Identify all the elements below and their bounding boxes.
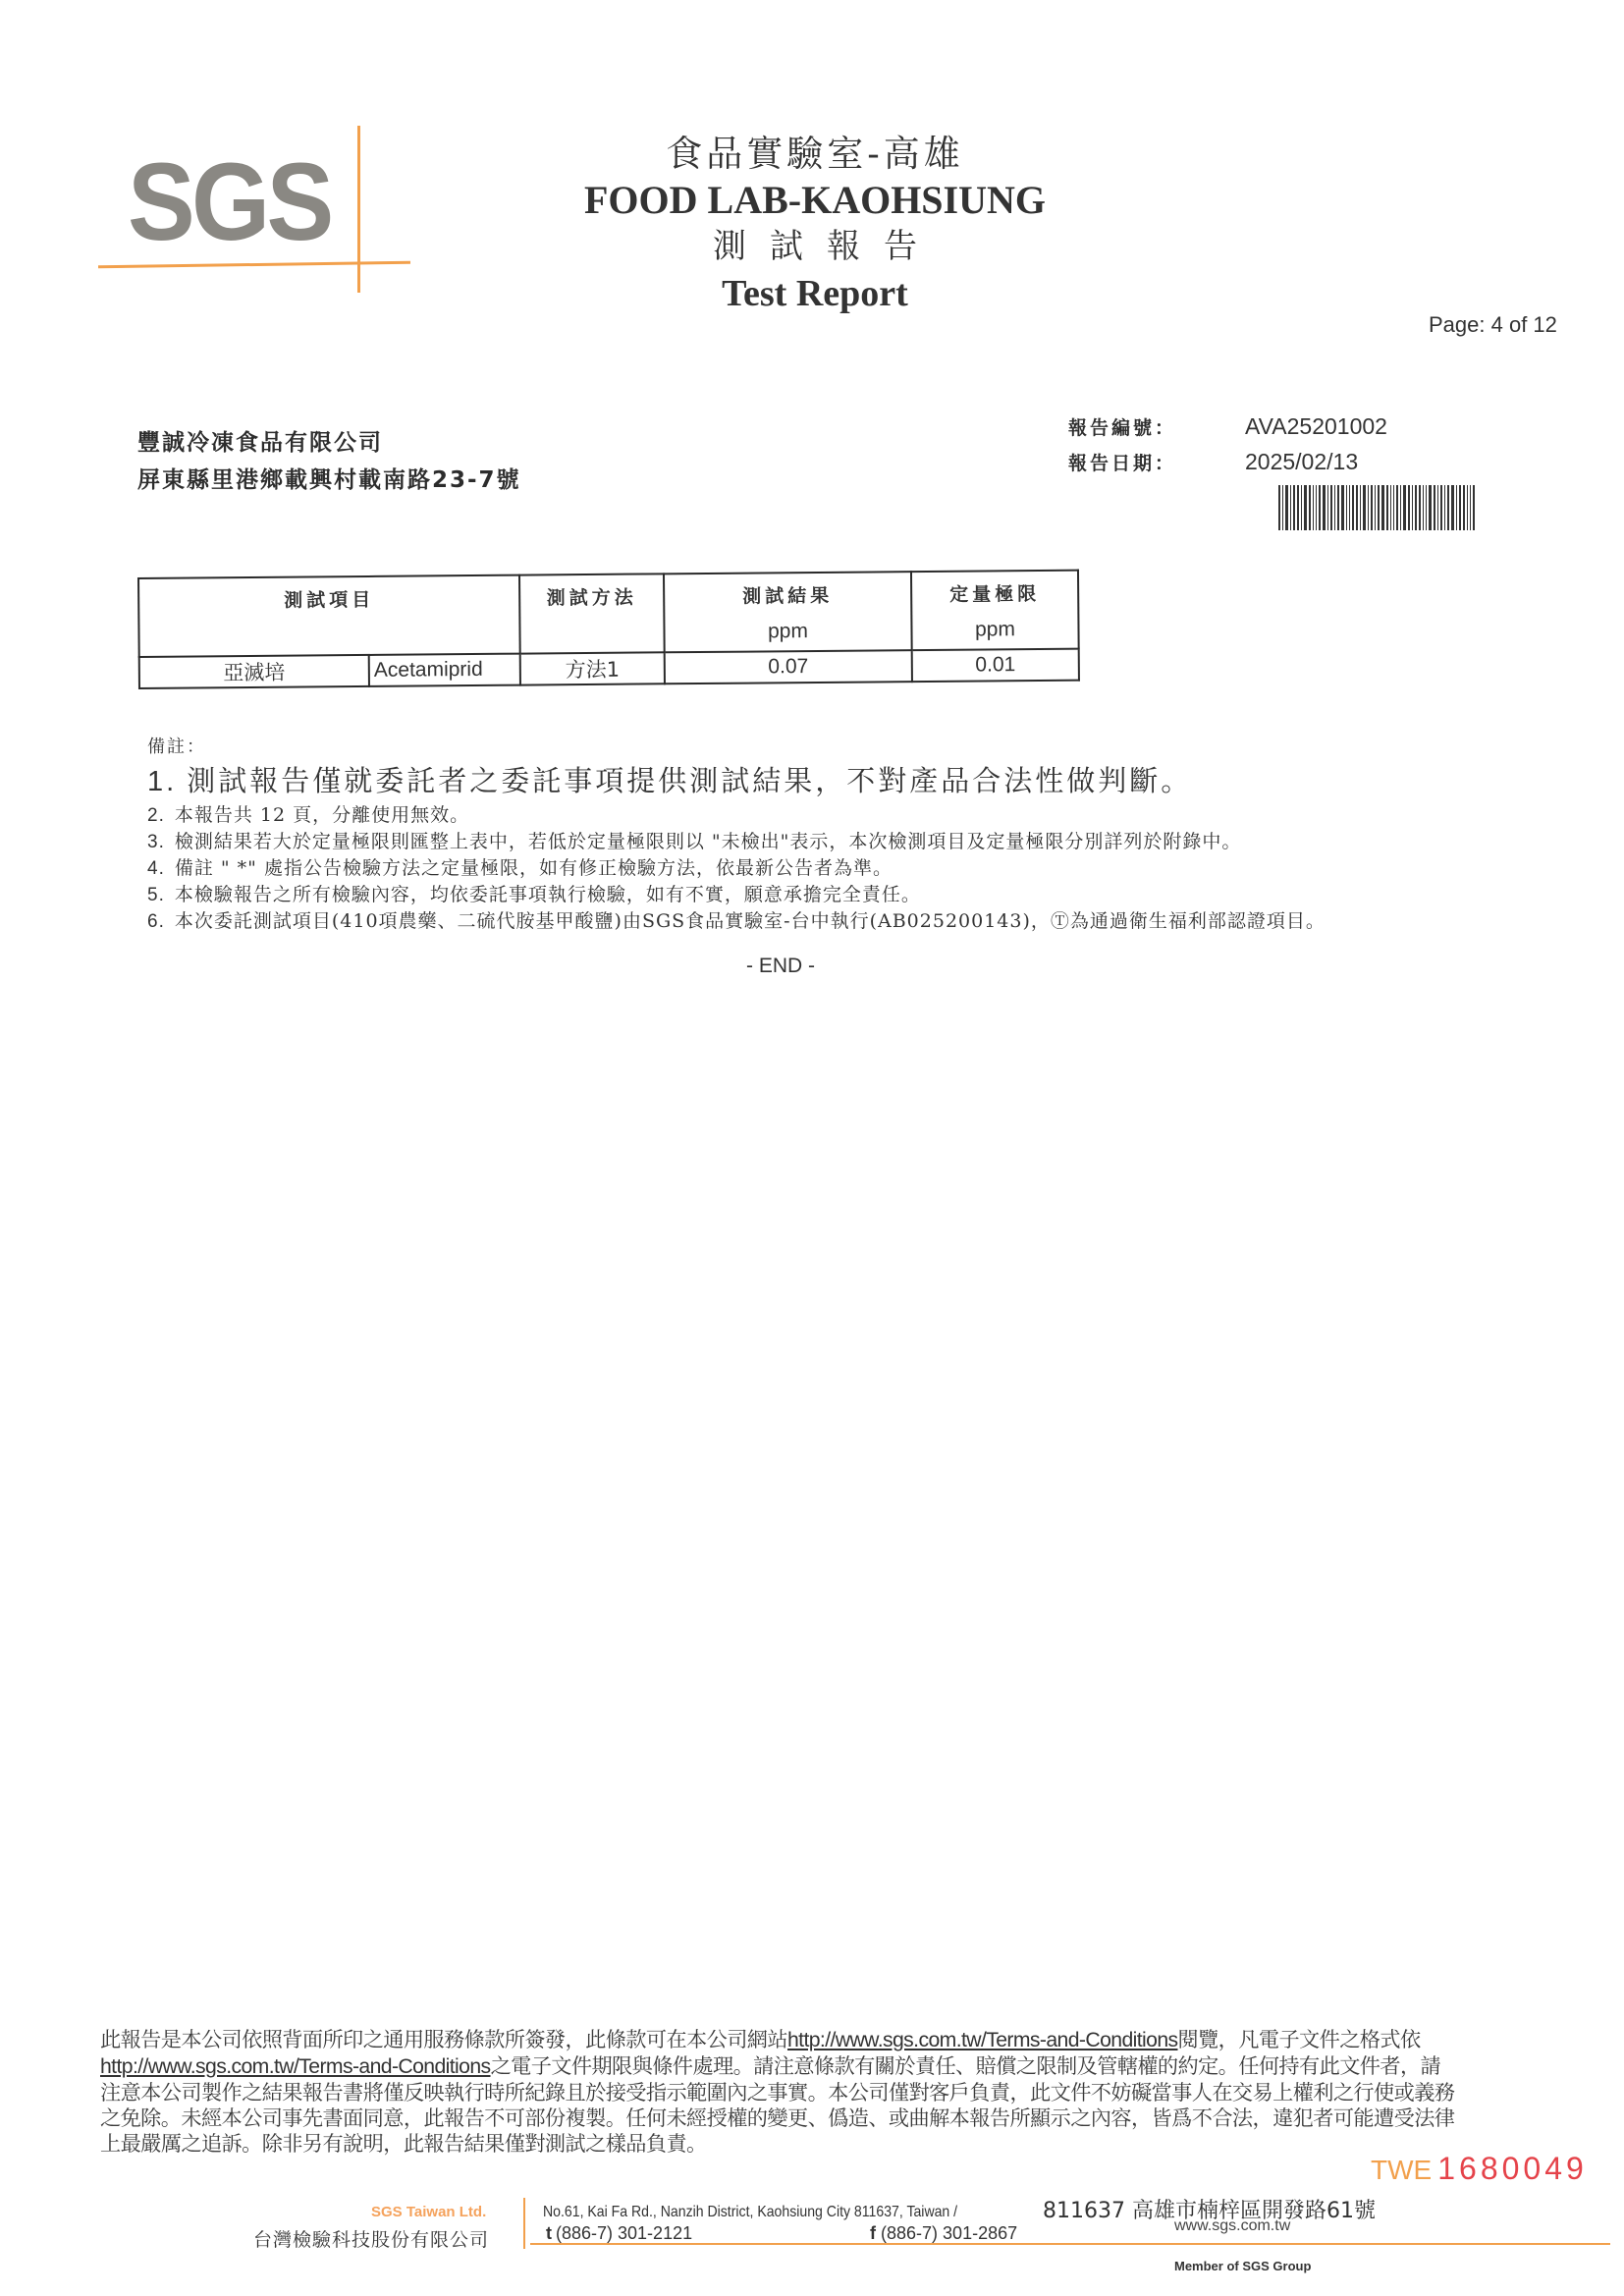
company-name-en: SGS Taiwan Ltd. bbox=[371, 2204, 486, 2220]
table-header-row: 測試項目 測試方法 測試結果ppm 定量極限ppm bbox=[138, 571, 1079, 657]
cell-item-en: Acetamiprid bbox=[369, 654, 520, 686]
header-test-item: 測試項目 bbox=[138, 575, 520, 657]
report-title-en: Test Report bbox=[550, 271, 1080, 316]
notes-title: 備註： bbox=[147, 735, 1326, 760]
footer-disclaimer: 此報告是本公司依照背面所印之通用服務條款所簽發，此條款可在本公司網站http:/… bbox=[100, 2027, 1593, 2157]
report-title-zh: 測試報告 bbox=[550, 222, 1080, 271]
report-header: 食品實驗室-高雄 FOOD LAB-KAOHSIUNG 測試報告 Test Re… bbox=[550, 130, 1080, 316]
note-item: 4.備註 " *" 處指公告檢驗方法之定量極限，如有修正檢驗方法，依最新公告者為… bbox=[147, 855, 1326, 882]
serial-number: TWE1680049 bbox=[1371, 2151, 1588, 2187]
cell-method: 方法1 bbox=[520, 652, 665, 684]
end-marker: - END - bbox=[746, 955, 815, 978]
note-item: 6.本次委託測試項目(410項農藥、二硫代胺基甲酸鹽)由SGS食品實驗室-台中執… bbox=[147, 908, 1326, 935]
note-item: 3.檢測結果若大於定量極限則匯整上表中，若低於定量極限則以 "未檢出"表示，本次… bbox=[147, 829, 1326, 855]
terms-link[interactable]: http://www.sgs.com.tw/Terms-and-Conditio… bbox=[787, 2029, 1178, 2051]
footer-rule bbox=[530, 2243, 1610, 2245]
sgs-logo: SGS bbox=[128, 147, 331, 257]
report-meta: 報告編號： AVA25201002 報告日期： 2025/02/13 bbox=[1068, 409, 1387, 479]
result-unit: ppm bbox=[665, 619, 910, 644]
note-item: 2.本報告共 12 頁，分離使用無效。 bbox=[147, 802, 1326, 829]
header-test-method: 測試方法 bbox=[519, 574, 665, 653]
company-name-zh: 台灣檢驗科技股份有限公司 bbox=[253, 2225, 489, 2252]
report-number: AVA25201002 bbox=[1245, 413, 1387, 440]
report-date-label: 報告日期： bbox=[1068, 449, 1245, 475]
serial-value: 1680049 bbox=[1437, 2151, 1588, 2186]
terms-link[interactable]: http://www.sgs.com.tw/Terms-and-Conditio… bbox=[100, 2055, 491, 2078]
company-website[interactable]: www.sgs.com.tw bbox=[1174, 2217, 1290, 2235]
cell-loq: 0.01 bbox=[912, 649, 1079, 682]
loq-unit: ppm bbox=[912, 618, 1077, 642]
lab-name-en: FOOD LAB-KAOHSIUNG bbox=[550, 179, 1080, 222]
cell-item-zh: 亞滅培 bbox=[139, 655, 369, 688]
header-loq: 定量極限ppm bbox=[911, 571, 1079, 650]
results-table: 測試項目 測試方法 測試結果ppm 定量極限ppm 亞滅培 Acetamipri… bbox=[137, 570, 1080, 689]
logo-vertical-line bbox=[357, 126, 360, 293]
notes-section: 備註： 1.測試報告僅就委託者之委託事項提供測試結果，不對產品合法性做判斷。 2… bbox=[147, 735, 1326, 935]
company-fax: f (886-7) 301-2867 bbox=[870, 2223, 1017, 2244]
note-item: 5.本檢驗報告之所有檢驗內容，均依委託事項執行檢驗，如有不實，願意承擔完全責任。 bbox=[147, 882, 1326, 908]
client-block: 豐誠冷凍食品有限公司 屏東縣里港鄉載興村載南路23-7號 bbox=[137, 424, 521, 499]
footer-divider bbox=[523, 2198, 525, 2249]
report-number-label: 報告編號： bbox=[1068, 413, 1245, 440]
company-phone: t(886-7) 301-2121 bbox=[546, 2223, 692, 2244]
serial-prefix: TWE bbox=[1371, 2155, 1432, 2185]
lab-name-zh: 食品實驗室-高雄 bbox=[550, 130, 1080, 179]
client-address: 屏東縣里港鄉載興村載南路23-7號 bbox=[137, 462, 521, 499]
barcode bbox=[1278, 485, 1494, 530]
cell-result: 0.07 bbox=[665, 650, 912, 683]
member-of-sgs-group: Member of SGS Group bbox=[1174, 2259, 1311, 2273]
page-number: Page: 4 of 12 bbox=[1429, 312, 1557, 338]
client-name: 豐誠冷凍食品有限公司 bbox=[137, 424, 521, 462]
note-item: 1.測試報告僅就委託者之委託事項提供測試結果，不對產品合法性做判斷。 bbox=[147, 760, 1326, 802]
company-address-en: No.61, Kai Fa Rd., Nanzih District, Kaoh… bbox=[543, 2204, 957, 2221]
report-date: 2025/02/13 bbox=[1245, 449, 1358, 475]
header-test-result: 測試結果ppm bbox=[664, 572, 912, 652]
